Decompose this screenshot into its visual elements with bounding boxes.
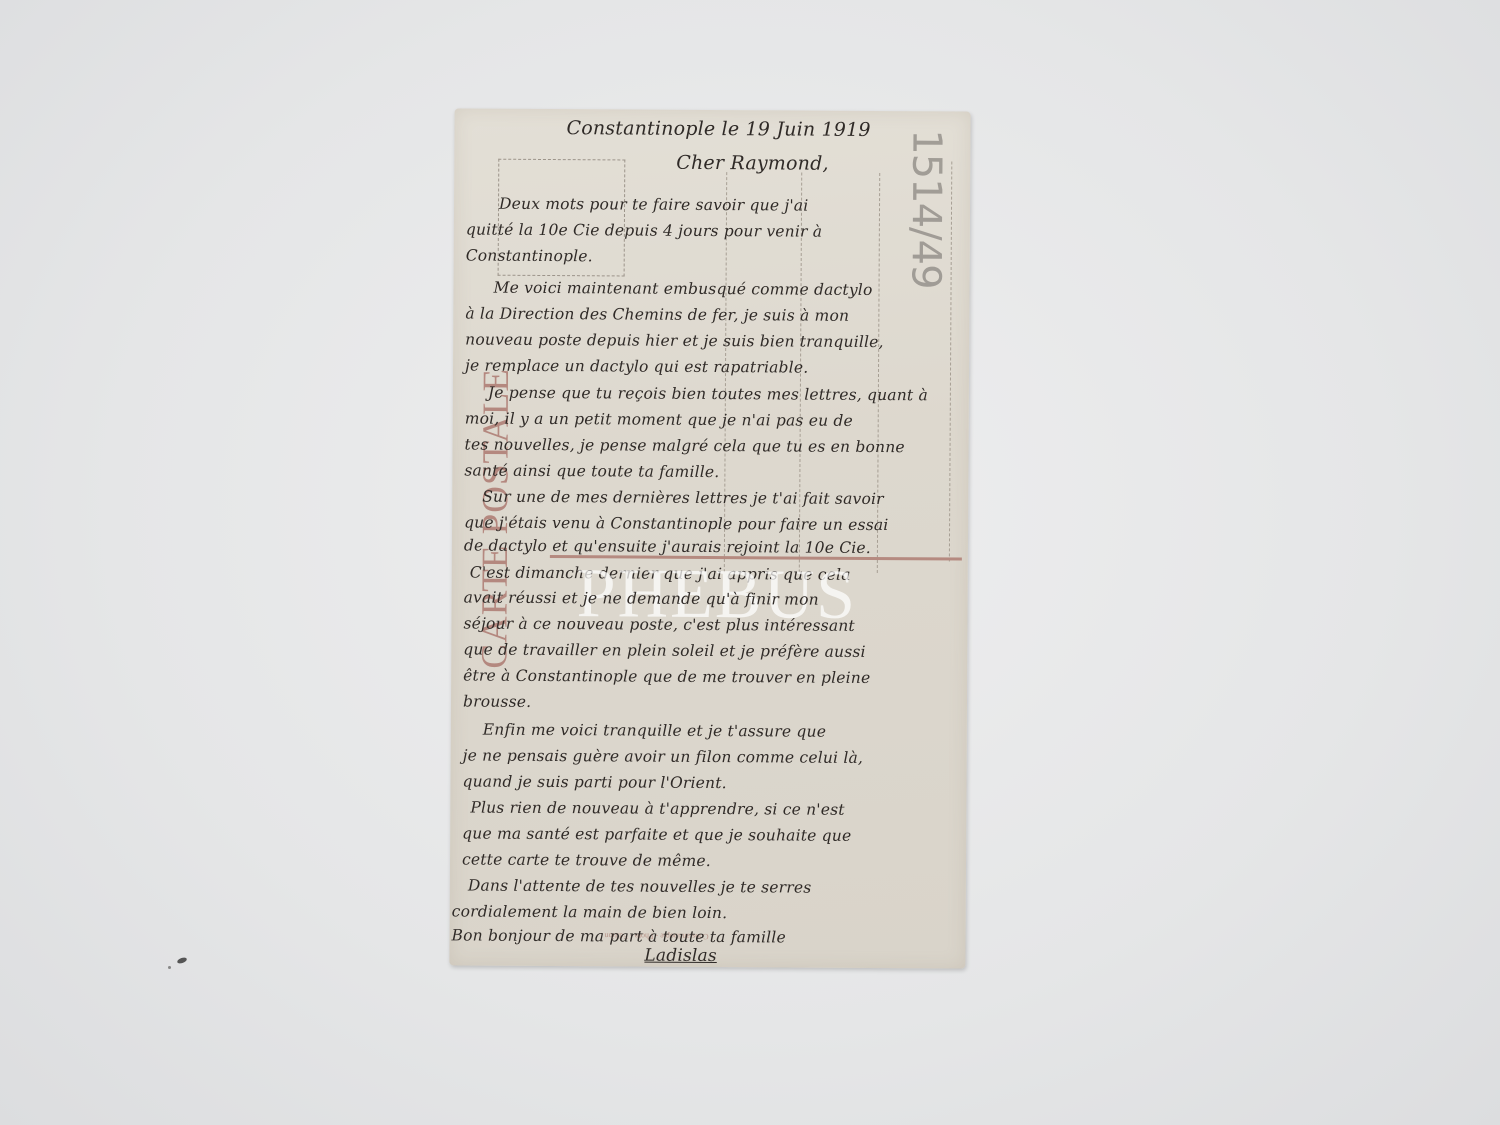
salutation: Cher Raymond, xyxy=(676,152,829,175)
place-date: Constantinople le 19 Juin 1919 xyxy=(566,117,870,141)
letter-line: je remplace un dactylo qui est rapatriab… xyxy=(465,357,808,377)
letter-line: que de travailler en plein soleil et je … xyxy=(463,640,866,660)
letter-line: Dans l'attente de tes nouvelles je te se… xyxy=(468,877,812,897)
signature: Ladislas xyxy=(644,946,716,966)
letter-line: Bon bonjour de ma part à toute ta famill… xyxy=(452,926,786,946)
letter-line: Enfin me voici tranquille et je t'assure… xyxy=(483,721,826,741)
pencil-inventory-note: 1514/49 xyxy=(903,129,950,288)
letter-line: séjour à ce nouveau poste, c'est plus in… xyxy=(463,614,855,634)
dust-speck xyxy=(168,966,171,969)
letter-line: cordialement la main de bien loin. xyxy=(452,902,728,922)
letter-line: brousse. xyxy=(463,692,531,710)
letter-line: Me voici maintenant embusqué comme dacty… xyxy=(493,279,872,299)
dust-speck xyxy=(176,956,187,964)
letter-line: moi, il y a un petit moment que je n'ai … xyxy=(465,409,853,429)
letter-line: Constantinople. xyxy=(466,247,593,266)
address-rule xyxy=(877,173,880,573)
letter-line: quitté la 10e Cie depuis 4 jours pour ve… xyxy=(466,221,822,241)
letter-line: santé ainsi que toute ta famille. xyxy=(464,461,719,481)
letter-line: à la Direction des Chemins de fer, je su… xyxy=(465,305,849,325)
letter-line: quand je suis parti pour l'Orient. xyxy=(462,772,726,792)
letter-line: tes nouvelles, je pense malgré cela que … xyxy=(465,435,905,456)
letter-line: que ma santé est parfaite et que je souh… xyxy=(462,824,851,844)
letter-line: être à Constantinople que de me trouver … xyxy=(463,666,870,686)
letter-line: Deux mots pour te faire savoir que j'ai xyxy=(499,195,808,215)
letter-line: je ne pensais guère avoir un filon comme… xyxy=(463,746,864,766)
letter-line: que j'étais venu à Constantinople pour f… xyxy=(464,513,889,534)
letter-line: nouveau poste depuis hier et je suis bie… xyxy=(465,331,884,352)
letter-line: cette carte te trouve de même. xyxy=(462,850,711,870)
letter-line: Plus rien de nouveau à t'apprendre, si c… xyxy=(470,799,844,819)
letter-line: avait réussi et je ne demande qu'à finir… xyxy=(464,588,819,608)
postcard-back: CARTE POSTALE Constantinople - Photo - É… xyxy=(449,108,970,968)
letter-line: Sur une de mes dernières lettres je t'ai… xyxy=(482,488,884,508)
address-rule xyxy=(949,161,952,561)
letter-line: Je pense que tu reçois bien toutes mes l… xyxy=(488,384,928,405)
